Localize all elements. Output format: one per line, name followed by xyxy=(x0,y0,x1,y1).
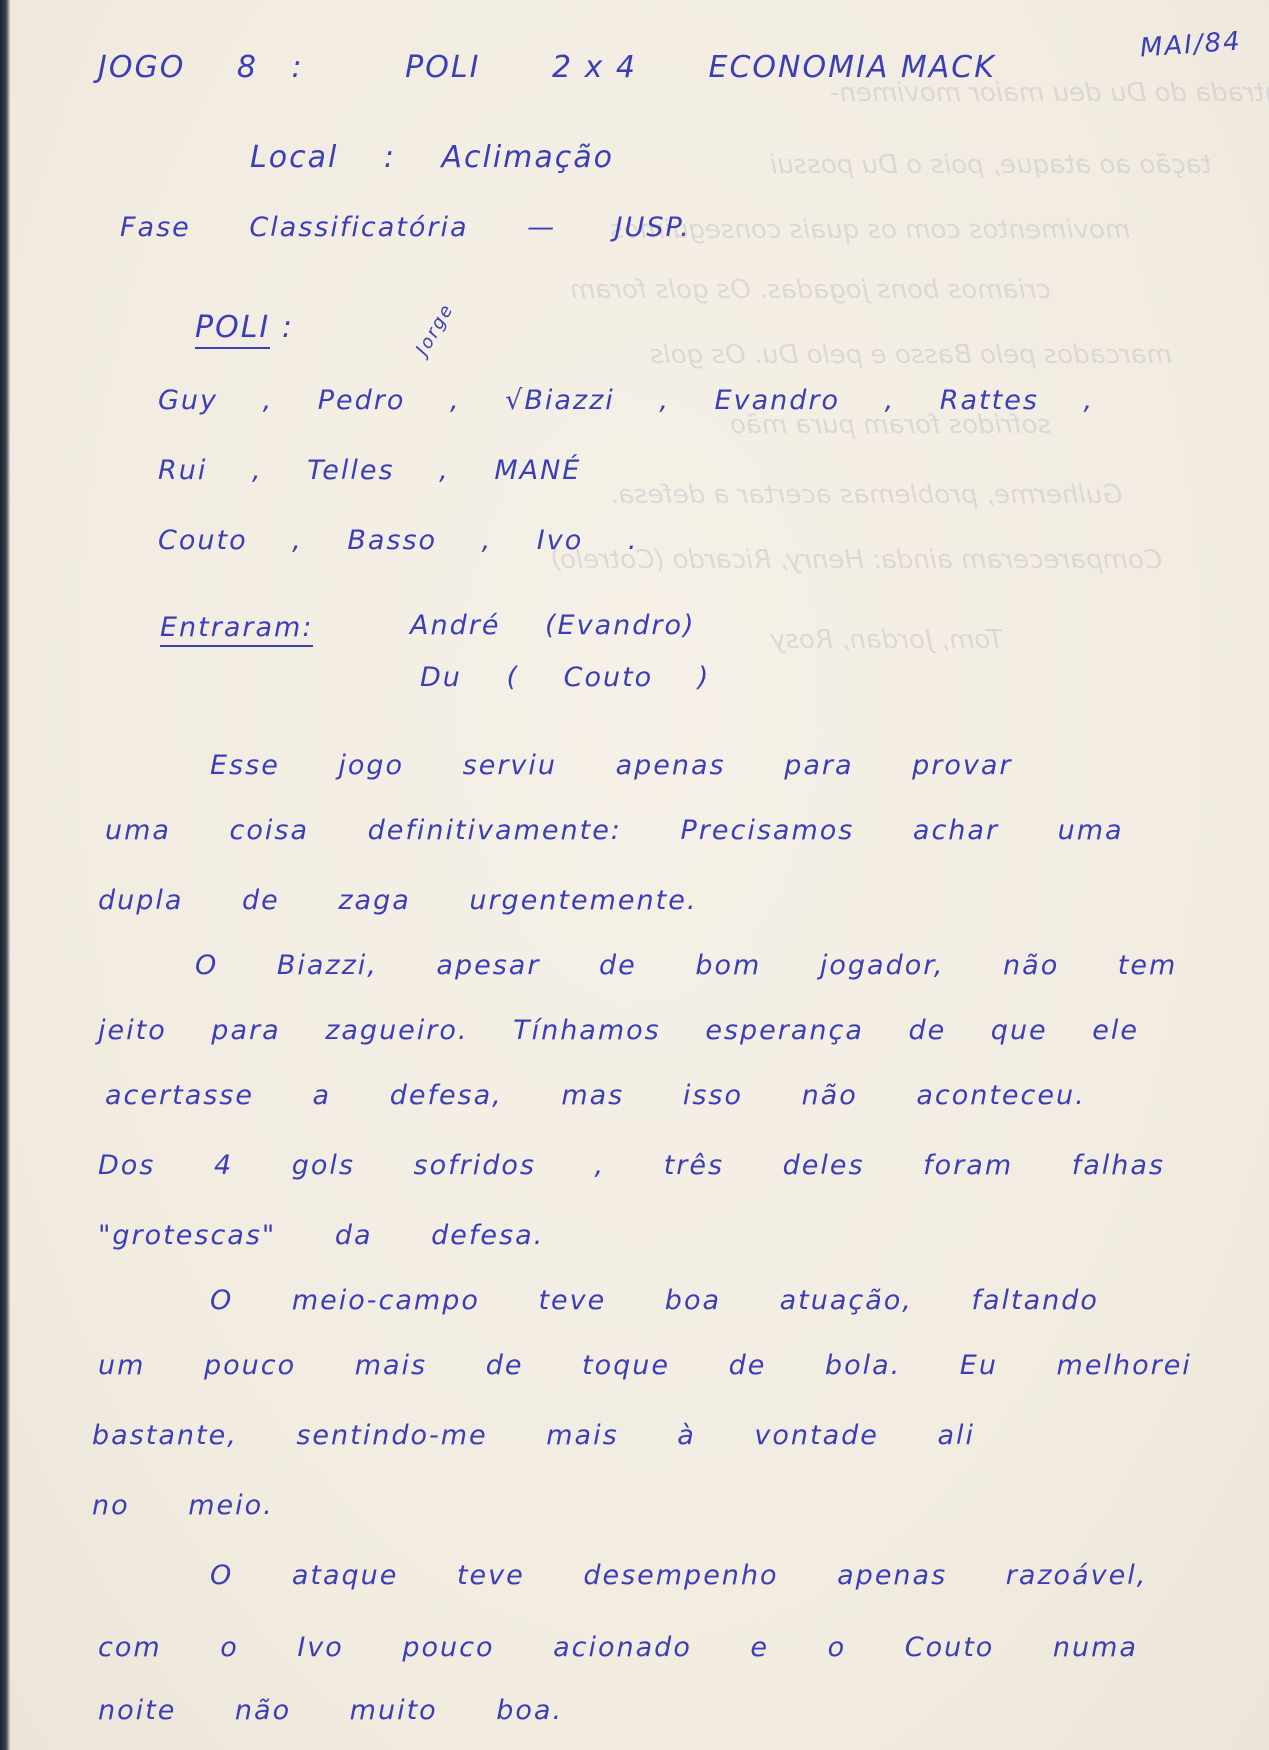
bleed-through-line: criamos bons jogadas. Os gols foram xyxy=(570,275,1051,305)
bleed-through-line: Gulherme, problemas acertar a defesa. xyxy=(610,480,1122,510)
paragraph-line: "grotescas" da defesa. xyxy=(98,1220,544,1251)
lineup-row: Rui , Telles , MANÉ xyxy=(158,455,581,486)
paragraph-line: Dos 4 gols sofridos , três deles foram f… xyxy=(98,1150,1165,1181)
bleed-through-line: Tom, Jordan, Rosy xyxy=(770,625,1003,655)
paragraph-line: dupla de zaga urgentemente. xyxy=(98,885,697,916)
bleed-through-line: marcados pelo Basso e pelo Du. Os gols xyxy=(650,340,1172,370)
paragraph-line: Esse jogo serviu apenas para provar xyxy=(210,750,1013,781)
team-heading: POLI xyxy=(195,310,270,349)
substitutions-label: Entraram: xyxy=(160,612,313,647)
paragraph-line: uma coisa definitivamente: Precisamos ac… xyxy=(105,815,1124,846)
lineup-heading: POLI : xyxy=(195,310,294,345)
score: 2 x 4 xyxy=(552,50,637,85)
paragraph-line: acertasse a defesa, mas isso não acontec… xyxy=(105,1080,1086,1111)
paragraph-line: bastante, sentindo-me mais à vontade ali xyxy=(92,1420,975,1451)
paragraph-line: O meio-campo teve boa atuação, faltando xyxy=(210,1285,1099,1316)
paragraph-line: com o Ivo pouco acionado e o Couto numa xyxy=(98,1632,1138,1663)
date-label: MAI/84 xyxy=(1139,26,1243,63)
paragraph-line: no meio. xyxy=(92,1490,274,1521)
bleed-through-line: tação ao ataque, pois o Du possui xyxy=(770,150,1212,180)
bleed-through-line: Compareceram ainda: Henry, Ricardo (Cotr… xyxy=(550,545,1162,575)
title-separator: : xyxy=(292,50,304,85)
lineup-row: Guy , Pedro , √Biazzi , Evandro , Rattes… xyxy=(158,385,1094,416)
location-line: Local : Aclimação xyxy=(250,140,614,175)
insertion-annotation: Jorge xyxy=(412,300,458,359)
paragraph-line: um pouco mais de toque de bola. Eu melho… xyxy=(98,1350,1192,1381)
lineup-row: Couto , Basso , Ivo . xyxy=(158,525,638,556)
away-team: ECONOMIA MACK xyxy=(709,50,996,85)
paragraph-line: O ataque teve desempenho apenas razoável… xyxy=(210,1560,1147,1591)
scanner-edge xyxy=(0,0,10,1750)
phase-line: Fase Classificatória — JUSP. xyxy=(120,212,691,243)
game-label: JOGO xyxy=(98,50,185,85)
paragraph-line: jeito para zagueiro. Tínhamos esperança … xyxy=(98,1015,1139,1046)
home-team: POLI xyxy=(405,50,480,85)
title-line: JOGO 8 : POLI 2 x 4 ECONOMIA MACK xyxy=(98,50,996,85)
game-number: 8 xyxy=(237,50,258,85)
substitution-entry: Du ( Couto ) xyxy=(420,662,710,693)
paragraph-line: O Biazzi, apesar de bom jogador, não tem xyxy=(195,950,1177,981)
heading-colon: : xyxy=(282,310,294,345)
handwritten-page: A entrada do Du deu maior movimen- tação… xyxy=(10,0,1269,1750)
paragraph-line: noite não muito boa. xyxy=(98,1695,563,1726)
substitution-entry: André (Evandro) xyxy=(410,610,696,641)
